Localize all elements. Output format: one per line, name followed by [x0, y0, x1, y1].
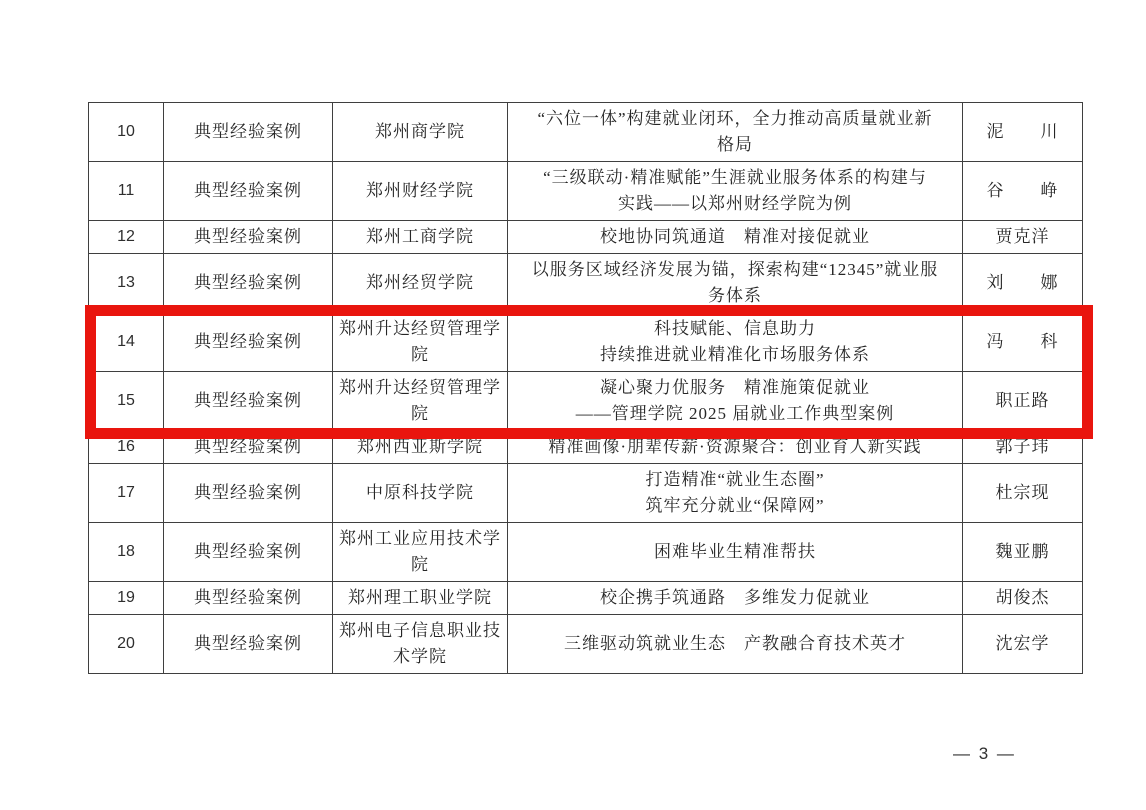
cell-author: 职正路: [963, 372, 1083, 431]
table-body: 10典型经验案例郑州商学院“六位一体”构建就业闭环，全力推动高质量就业新 格局泥…: [89, 103, 1083, 674]
cell-school: 郑州商学院: [333, 103, 508, 162]
cell-school: 郑州财经学院: [333, 162, 508, 221]
cell-title: 以服务区域经济发展为锚，探索构建“12345”就业服 务体系: [508, 254, 963, 313]
document-page: 10典型经验案例郑州商学院“六位一体”构建就业闭环，全力推动高质量就业新 格局泥…: [0, 0, 1146, 810]
table-row: 17典型经验案例中原科技学院打造精准“就业生态圈” 筑牢充分就业“保障网”杜宗现: [89, 464, 1083, 523]
cell-title: 三维驱动筑就业生态 产教融合育技术英才: [508, 615, 963, 674]
cell-author: 胡俊杰: [963, 582, 1083, 615]
cell-row-number: 14: [89, 313, 164, 372]
cell-row-number: 15: [89, 372, 164, 431]
table-row: 12典型经验案例郑州工商学院校地协同筑通道 精准对接促就业贾克洋: [89, 221, 1083, 254]
cell-category: 典型经验案例: [164, 582, 333, 615]
cell-title: 校企携手筑通路 多维发力促就业: [508, 582, 963, 615]
cell-title: “六位一体”构建就业闭环，全力推动高质量就业新 格局: [508, 103, 963, 162]
cell-category: 典型经验案例: [164, 523, 333, 582]
cell-row-number: 13: [89, 254, 164, 313]
cell-title: 校地协同筑通道 精准对接促就业: [508, 221, 963, 254]
cell-category: 典型经验案例: [164, 372, 333, 431]
cell-school: 郑州电子信息职业技术学院: [333, 615, 508, 674]
cell-author: 郭子玮: [963, 431, 1083, 464]
cell-category: 典型经验案例: [164, 615, 333, 674]
table-row: 18典型经验案例郑州工业应用技术学院困难毕业生精准帮扶魏亚鹏: [89, 523, 1083, 582]
cell-school: 郑州理工职业学院: [333, 582, 508, 615]
cell-category: 典型经验案例: [164, 313, 333, 372]
cell-author: 泥 川: [963, 103, 1083, 162]
cell-author: 魏亚鹏: [963, 523, 1083, 582]
table-row: 11典型经验案例郑州财经学院“三级联动·精准赋能”生涯就业服务体系的构建与 实践…: [89, 162, 1083, 221]
cell-title: 打造精准“就业生态圈” 筑牢充分就业“保障网”: [508, 464, 963, 523]
cell-category: 典型经验案例: [164, 464, 333, 523]
cell-row-number: 18: [89, 523, 164, 582]
award-table: 10典型经验案例郑州商学院“六位一体”构建就业闭环，全力推动高质量就业新 格局泥…: [88, 102, 1083, 674]
cell-school: 郑州工商学院: [333, 221, 508, 254]
table-row: 19典型经验案例郑州理工职业学院校企携手筑通路 多维发力促就业胡俊杰: [89, 582, 1083, 615]
cell-author: 谷 峥: [963, 162, 1083, 221]
cell-category: 典型经验案例: [164, 431, 333, 464]
cell-author: 贾克洋: [963, 221, 1083, 254]
table-row: 20典型经验案例郑州电子信息职业技术学院三维驱动筑就业生态 产教融合育技术英才沈…: [89, 615, 1083, 674]
cell-title: 科技赋能、信息助力 持续推进就业精准化市场服务体系: [508, 313, 963, 372]
cell-row-number: 12: [89, 221, 164, 254]
cell-row-number: 16: [89, 431, 164, 464]
cell-school: 中原科技学院: [333, 464, 508, 523]
cell-author: 杜宗现: [963, 464, 1083, 523]
cell-row-number: 19: [89, 582, 164, 615]
cell-category: 典型经验案例: [164, 103, 333, 162]
cell-title: 精准画像·朋辈传薪·资源聚合：创业育人新实践: [508, 431, 963, 464]
cell-category: 典型经验案例: [164, 162, 333, 221]
table-row: 13典型经验案例郑州经贸学院以服务区域经济发展为锚，探索构建“12345”就业服…: [89, 254, 1083, 313]
table-row: 10典型经验案例郑州商学院“六位一体”构建就业闭环，全力推动高质量就业新 格局泥…: [89, 103, 1083, 162]
cell-school: 郑州西亚斯学院: [333, 431, 508, 464]
cell-category: 典型经验案例: [164, 254, 333, 313]
cell-row-number: 10: [89, 103, 164, 162]
table-row: 15典型经验案例郑州升达经贸管理学院凝心聚力优服务 精准施策促就业 ——管理学院…: [89, 372, 1083, 431]
cell-title: “三级联动·精准赋能”生涯就业服务体系的构建与 实践——以郑州财经学院为例: [508, 162, 963, 221]
cell-author: 沈宏学: [963, 615, 1083, 674]
cell-author: 冯 科: [963, 313, 1083, 372]
cell-category: 典型经验案例: [164, 221, 333, 254]
cell-row-number: 17: [89, 464, 164, 523]
cell-row-number: 20: [89, 615, 164, 674]
cell-title: 困难毕业生精准帮扶: [508, 523, 963, 582]
cell-school: 郑州工业应用技术学院: [333, 523, 508, 582]
table-row: 14典型经验案例郑州升达经贸管理学院科技赋能、信息助力 持续推进就业精准化市场服…: [89, 313, 1083, 372]
cell-author: 刘 娜: [963, 254, 1083, 313]
page-number: — 3 —: [953, 744, 1016, 764]
cell-row-number: 11: [89, 162, 164, 221]
table-row: 16典型经验案例郑州西亚斯学院精准画像·朋辈传薪·资源聚合：创业育人新实践郭子玮: [89, 431, 1083, 464]
cell-school: 郑州经贸学院: [333, 254, 508, 313]
cell-school: 郑州升达经贸管理学院: [333, 372, 508, 431]
cell-school: 郑州升达经贸管理学院: [333, 313, 508, 372]
cell-title: 凝心聚力优服务 精准施策促就业 ——管理学院 2025 届就业工作典型案例: [508, 372, 963, 431]
